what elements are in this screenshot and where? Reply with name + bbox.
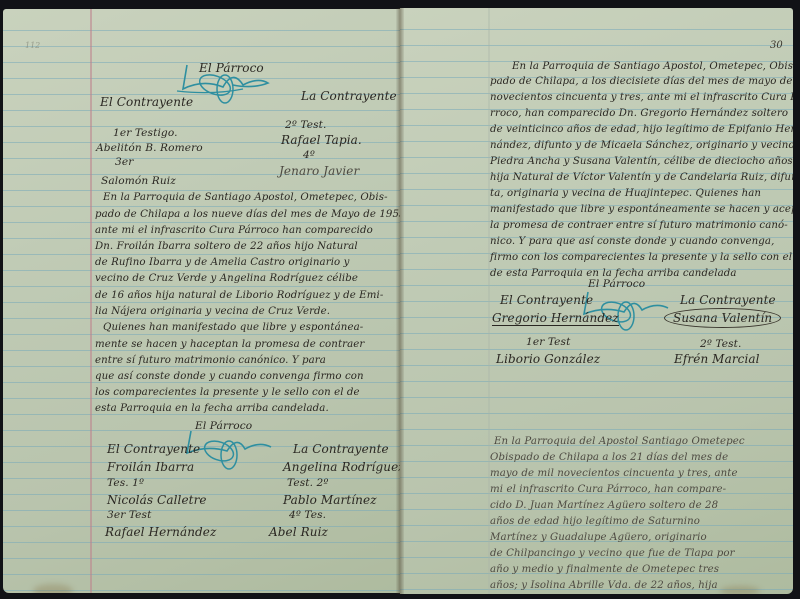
- groom-label: El Contrayente: [500, 293, 593, 307]
- entry-line: ta, originaria y vecina de Huajintepec. …: [490, 188, 761, 199]
- witness-4-signature: Jenaro Javier: [279, 164, 359, 178]
- entry-line: los comparecientes la presente y le sell…: [95, 387, 360, 398]
- witness-3-label: 3er: [115, 156, 133, 168]
- left-page: 112 El Párroco El Contrayente La Contray…: [3, 9, 400, 593]
- entry-line: nico. Y para que así conste donde y cuan…: [490, 236, 774, 247]
- witness-3-signature: Salomón Ruiz: [101, 175, 176, 187]
- bride-signature: Susana Valentín: [664, 308, 781, 328]
- witness-2-label-2: Test. 2º: [287, 477, 328, 489]
- entry-line: esta Parroquia en la fecha arriba candel…: [95, 403, 329, 414]
- entry-line: Obispado de Chilapa a los 21 días del me…: [490, 452, 728, 463]
- entry-line: Martínez y Guadalupe Agüero, originario: [490, 532, 707, 543]
- entry-line: En la Parroquia del Apostol Santiago Ome…: [494, 436, 745, 447]
- witness-4-label-2: 4º Tes.: [289, 509, 326, 521]
- entry-line: rroco, han comparecido Dn. Gregorio Hern…: [490, 108, 788, 119]
- paper-stain: [720, 586, 760, 594]
- entry-line: mi el infrascrito Cura Párroco, han comp…: [490, 484, 726, 495]
- bride-label: La Contrayente: [301, 89, 397, 103]
- witness-1-signature: Abelitón B. Romero: [96, 142, 203, 154]
- groom-signature: Gregorio Hernández: [492, 311, 619, 326]
- bride-label-2: La Contrayente: [293, 442, 389, 456]
- paper-stain: [33, 584, 73, 593]
- entry-line: Dn. Froilán Ibarra soltero de 22 años hi…: [95, 241, 358, 252]
- entry-line: pado de Chilapa a los nueve días del mes…: [95, 209, 400, 220]
- witness-1-signature-2: Nicolás Calletre: [107, 493, 207, 507]
- entry-line: vecino de Cruz Verde y Angelina Rodrígue…: [95, 273, 358, 284]
- entry-line: de Chilpancingo y vecino que fue de Tlap…: [490, 548, 735, 559]
- margin-line: [90, 9, 92, 593]
- entry-line: lia Nájera originaria y vecina de Cruz V…: [95, 306, 330, 317]
- witness-2-label: 2º Test.: [700, 338, 741, 350]
- entry-line: Quienes han manifestado que libre y espo…: [103, 322, 363, 333]
- entry-line: de veinticinco años de edad, hijo legíti…: [490, 124, 793, 135]
- entry-line: nández, difunto y de Micaela Sánchez, or…: [490, 140, 793, 151]
- entry-line: En la Parroquia de Santiago Apostol, Ome…: [103, 192, 388, 203]
- entry-line: la promesa de contraer entre sí futuro m…: [490, 220, 788, 231]
- witness-4-label: 4º: [303, 149, 315, 161]
- witness-4-signature-2: Abel Ruiz: [269, 525, 328, 539]
- book-gutter: [396, 8, 404, 594]
- entry-line: pado de Chilapa, a los diecisiete días d…: [490, 76, 793, 87]
- entry-line: hija Natural de Víctor Valentín y de Can…: [490, 172, 793, 183]
- groom-label-2: El Contrayente: [107, 442, 200, 456]
- groom-signature: Froilán Ibarra: [107, 460, 194, 474]
- entry-line: que así conste donde y cuando convenga f…: [95, 371, 364, 382]
- entry-line: mayo de mil novecientos cincuenta y tres…: [490, 468, 738, 479]
- witness-2-signature: Rafael Tapia.: [281, 133, 362, 147]
- bride-signature: Angelina Rodríguez: [283, 460, 400, 474]
- entry-line: de 16 años hija natural de Liborio Rodrí…: [95, 290, 383, 301]
- witness-1-label: 1er Test: [526, 336, 570, 348]
- witness-1-signature: Liborio González: [496, 352, 600, 366]
- entry-line: años de edad hijo legítimo de Saturnino: [490, 516, 700, 527]
- entry-line: año y medio y finalmente de Ometepec tre…: [490, 564, 719, 575]
- entry-line: firmo con los comparecientes la presente…: [490, 252, 792, 263]
- right-page: 30 En la Parroquia de Santiago Apostol, …: [400, 8, 793, 594]
- entry-line: de Rufino Ibarra y de Amelia Castro orig…: [95, 257, 349, 268]
- witness-3-signature-2: Rafael Hernández: [105, 525, 216, 539]
- entry-line: mente se hacen y haceptan la promesa de …: [95, 339, 364, 350]
- entry-line: manifestado que libre y espontáneamente …: [490, 204, 793, 215]
- entry-line: ante mi el infrascrito Cura Párroco han …: [95, 225, 373, 236]
- page-number: 30: [770, 40, 783, 51]
- witness-2-label: 2º Test.: [285, 119, 326, 131]
- entry-line: En la Parroquia de Santiago Apostol, Ome…: [512, 61, 793, 72]
- bride-label: La Contrayente: [680, 293, 776, 307]
- witness-2-signature: Efrén Marcial: [674, 352, 760, 366]
- groom-label: El Contrayente: [100, 95, 193, 109]
- entry-line: novecientos cincuenta y tres, ante mi el…: [490, 92, 793, 103]
- open-register-book: 112 El Párroco El Contrayente La Contray…: [0, 0, 800, 599]
- entry-line: entre sí futuro matrimonio canónico. Y p…: [95, 355, 326, 366]
- witness-2-signature-2: Pablo Martínez: [283, 493, 377, 507]
- entry-line: cido D. Juan Martínez Agüero soltero de …: [490, 500, 718, 511]
- witness-1-label: 1er Testigo.: [113, 127, 178, 139]
- witness-1-label-2: Tes. 1º: [107, 477, 144, 489]
- pencil-mark: 112: [25, 41, 40, 50]
- witness-3-label-2: 3er Test: [107, 509, 151, 521]
- entry-line: Piedra Ancha y Susana Valentín, célibe d…: [490, 156, 793, 167]
- entry-line: años; y Isolina Abrille Vda. de 22 años,…: [490, 580, 718, 591]
